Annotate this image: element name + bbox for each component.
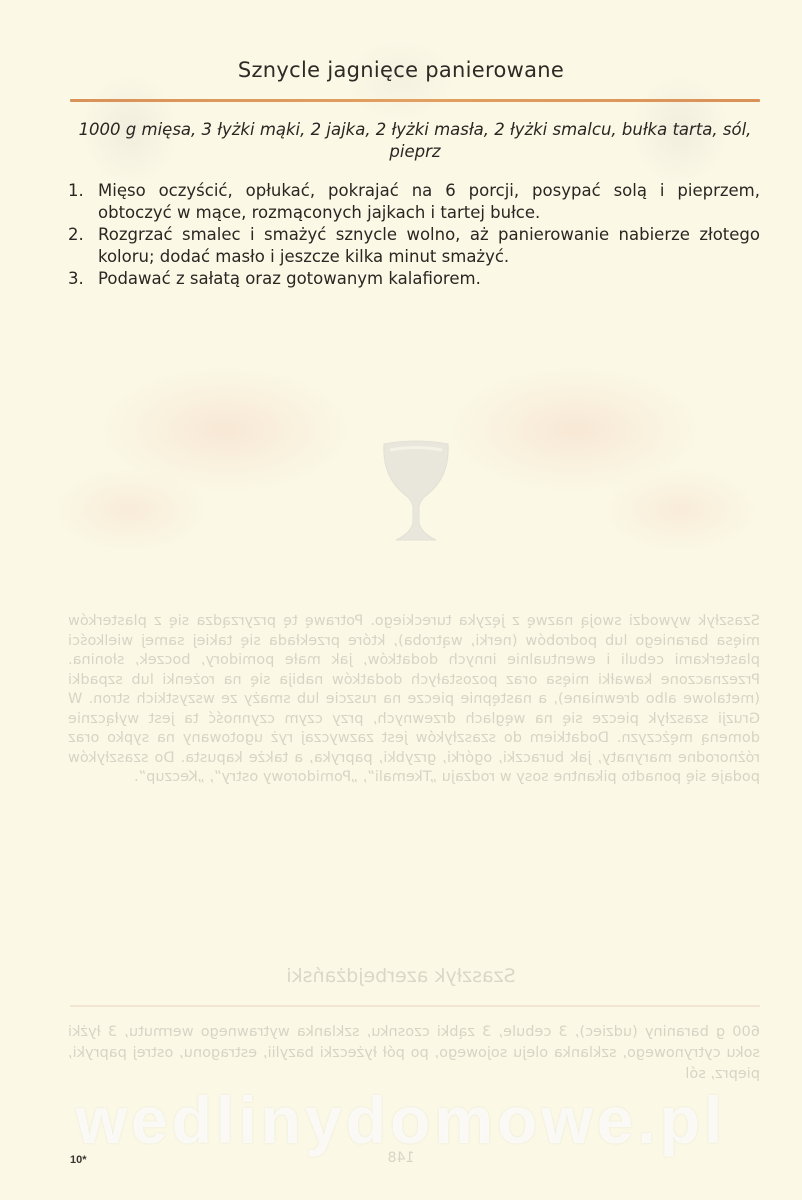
- step-item: 1. Mięso oczyścić, opłukać, pokrajać na …: [68, 180, 760, 224]
- step-number: 1.: [68, 180, 84, 202]
- watermark: wedlinydomowe.pl: [0, 1082, 802, 1158]
- step-text: Mięso oczyścić, opłukać, pokrajać na 6 p…: [98, 181, 760, 222]
- preparation-steps: 1. Mięso oczyścić, opłukać, pokrajać na …: [68, 180, 760, 290]
- signature-mark: 10*: [70, 1154, 87, 1166]
- recipe-title: Sznycle jagnięce panierowane: [0, 58, 802, 82]
- title-divider: [70, 99, 760, 102]
- step-number: 3.: [68, 268, 84, 290]
- step-text: Podawać z sałatą oraz gotowanym kalafior…: [98, 269, 481, 288]
- recipe-page: Sznycle jagnięce panierowane 1000 g mięs…: [0, 0, 802, 1200]
- step-item: 2. Rozgrzać smalec i smażyć sznycle woln…: [68, 224, 760, 268]
- step-text: Rozgrzać smalec i smażyć sznycle wolno, …: [98, 225, 760, 266]
- step-number: 2.: [68, 224, 84, 246]
- step-item: 3. Podawać z sałatą oraz gotowanym kalaf…: [68, 268, 760, 290]
- ingredients-list: 1000 g mięsa, 3 łyżki mąki, 2 jajka, 2 ł…: [66, 119, 764, 163]
